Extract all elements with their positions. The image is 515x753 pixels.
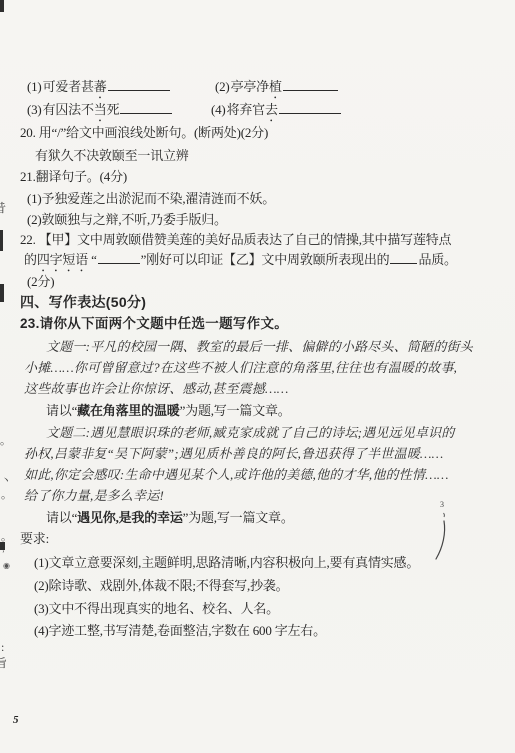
- prompt-post: ”为题,写一篇文章。: [180, 403, 291, 418]
- open-quote: “: [91, 252, 97, 267]
- emphasized-char: 植: [269, 79, 282, 94]
- q20-sentence: 有狱久不决敦颐至一讯立辨: [35, 148, 189, 164]
- scan-artifact-glyph: 昔: [0, 202, 6, 214]
- q22-text: 的: [24, 252, 37, 267]
- q20-stem: 20. 用“/”给文中画浪线处断句。(断两处)(2分): [20, 125, 268, 141]
- q19-item-2: (2)亭亭净植: [215, 79, 339, 102]
- q21-item-2: (2)敦颐独与之辩,不听,乃委手版归。: [27, 212, 227, 228]
- requirement-1: (1)文章立意要深刻,主题鲜明,思路清晰,内容积极向上,要有真情实感。: [34, 555, 419, 571]
- item-text: 亭亭净: [231, 79, 269, 94]
- q19-item-1: (1)可爱者甚蕃: [27, 79, 171, 102]
- answer-blank: [98, 252, 140, 264]
- q23-stem: 23.请你从下面两个文题中任选一题写作文。: [20, 316, 288, 332]
- scan-artifact-glyph: 旨: [0, 657, 7, 669]
- item-number: (4): [211, 102, 226, 117]
- q19-item-4: (4)将弃官去: [211, 102, 342, 125]
- answer-blank: [120, 102, 172, 114]
- prompt-pre: 请以“: [46, 403, 77, 418]
- scan-artifact-glyph: ’: [2, 550, 5, 558]
- requirement-2: (2)除诗歌、戏剧外,体裁不限;不得套写,抄袭。: [34, 578, 288, 594]
- scan-edge-mark: [0, 230, 3, 251]
- topic1-prompt: 请以“藏在角落里的温暖”为题,写一篇文章。: [46, 403, 291, 419]
- q22-text-end: 品质。: [418, 252, 456, 267]
- emphasized-char: 去: [265, 102, 278, 117]
- scan-artifact-glyph: 丶: [1, 477, 11, 487]
- prompt-post: ”为题,写一篇文章。: [183, 510, 294, 525]
- topic2-line-1: 文题二:遇见慧眼识珠的老师,臧克家成就了自己的诗坛;遇见远见卓识的: [46, 425, 455, 441]
- section-4-header: 四、写作表达(50分): [20, 294, 146, 310]
- scanned-exam-page: 昔 。 丶 。 。 ’ ◉ : 旨 (1)可爱者甚蕃 (2)亭亭净植 (3)有囚…: [0, 0, 515, 753]
- q22-line-2: 的四字短语 “”刚好可以印证【乙】文中周敦颐所表现出的品质。: [24, 252, 457, 275]
- q21-stem: 21.翻译句子。(4分): [20, 169, 127, 185]
- scan-artifact-glyph: :: [1, 641, 4, 653]
- requirements-label: 要求:: [20, 531, 49, 547]
- prompt-pre: 请以“: [46, 510, 77, 525]
- topic2-title: 遇见你,是我的幸运: [77, 510, 182, 525]
- pen-stroke-mark: [430, 503, 452, 563]
- item-text: 将弃官: [227, 102, 265, 117]
- answer-blank: [279, 102, 341, 114]
- scan-artifact-glyph: ◉: [3, 562, 10, 570]
- topic1-title: 藏在角落里的温暖: [77, 403, 179, 418]
- scan-artifact-glyph: 。: [0, 436, 11, 447]
- q19-item-3: (3)有囚法不当死: [27, 102, 173, 125]
- scan-artifact-glyph: 。: [1, 490, 12, 501]
- answer-blank: [283, 79, 338, 91]
- item-text: 有囚法不: [43, 102, 94, 117]
- scan-edge-mark: [0, 0, 4, 12]
- emphasized-char: 当: [94, 102, 107, 117]
- item-number: (1): [27, 79, 42, 94]
- topic2-line-4: 给了你力量,是多么幸运!: [24, 488, 164, 504]
- topic2-prompt: 请以“遇见你,是我的幸运”为题,写一篇文章。: [46, 510, 294, 526]
- page-number: 5: [13, 714, 19, 726]
- item-text-post: 死: [107, 102, 120, 117]
- topic2-line-3: 如此,你定会感叹:生命中遇见某个人,或许他的美德,他的才华,他的性情……: [24, 467, 449, 483]
- topic1-line-3: 这些故事也许会让你惊讶、感动,甚至震撼……: [24, 381, 289, 397]
- q22-text-mid: 刚好可以印证【乙】文中周敦颐所表现出的: [146, 252, 389, 267]
- emphasized-phrase: 四字短语: [37, 252, 88, 267]
- topic1-line-1: 文题一:平凡的校园一隅、教室的最后一排、偏僻的小路尽头、简陋的街头: [46, 339, 473, 355]
- topic2-line-2: 孙权,吕蒙非复“吴下阿蒙”;遇见质朴善良的阿长,鲁迅获得了半世温暖……: [24, 446, 443, 462]
- q22-line-1: 22. 【甲】文中周敦颐借赞美莲的美好品质表达了自己的情操,其中描写莲特点: [20, 232, 451, 248]
- q22-points: (2分): [27, 274, 54, 290]
- q21-item-1: (1)予独爱莲之出淤泥而不染,濯清涟而不妖。: [27, 191, 275, 207]
- requirement-3: (3)文中不得出现真实的地名、校名、人名。: [34, 601, 279, 617]
- scan-edge-mark: [0, 284, 4, 302]
- emphasized-char: 蕃: [94, 79, 107, 94]
- requirement-4: (4)字迹工整,书写清楚,卷面整洁,字数在 600 字左右。: [34, 623, 326, 639]
- item-text: 可爱者甚: [43, 79, 94, 94]
- item-number: (2): [215, 79, 230, 94]
- item-number: (3): [27, 102, 42, 117]
- topic1-line-2: 小摊……你可曾留意过?在这些不被人们注意的角落里,往往也有温暖的故事,: [24, 360, 457, 376]
- answer-blank: [108, 79, 170, 91]
- answer-blank: [390, 252, 417, 264]
